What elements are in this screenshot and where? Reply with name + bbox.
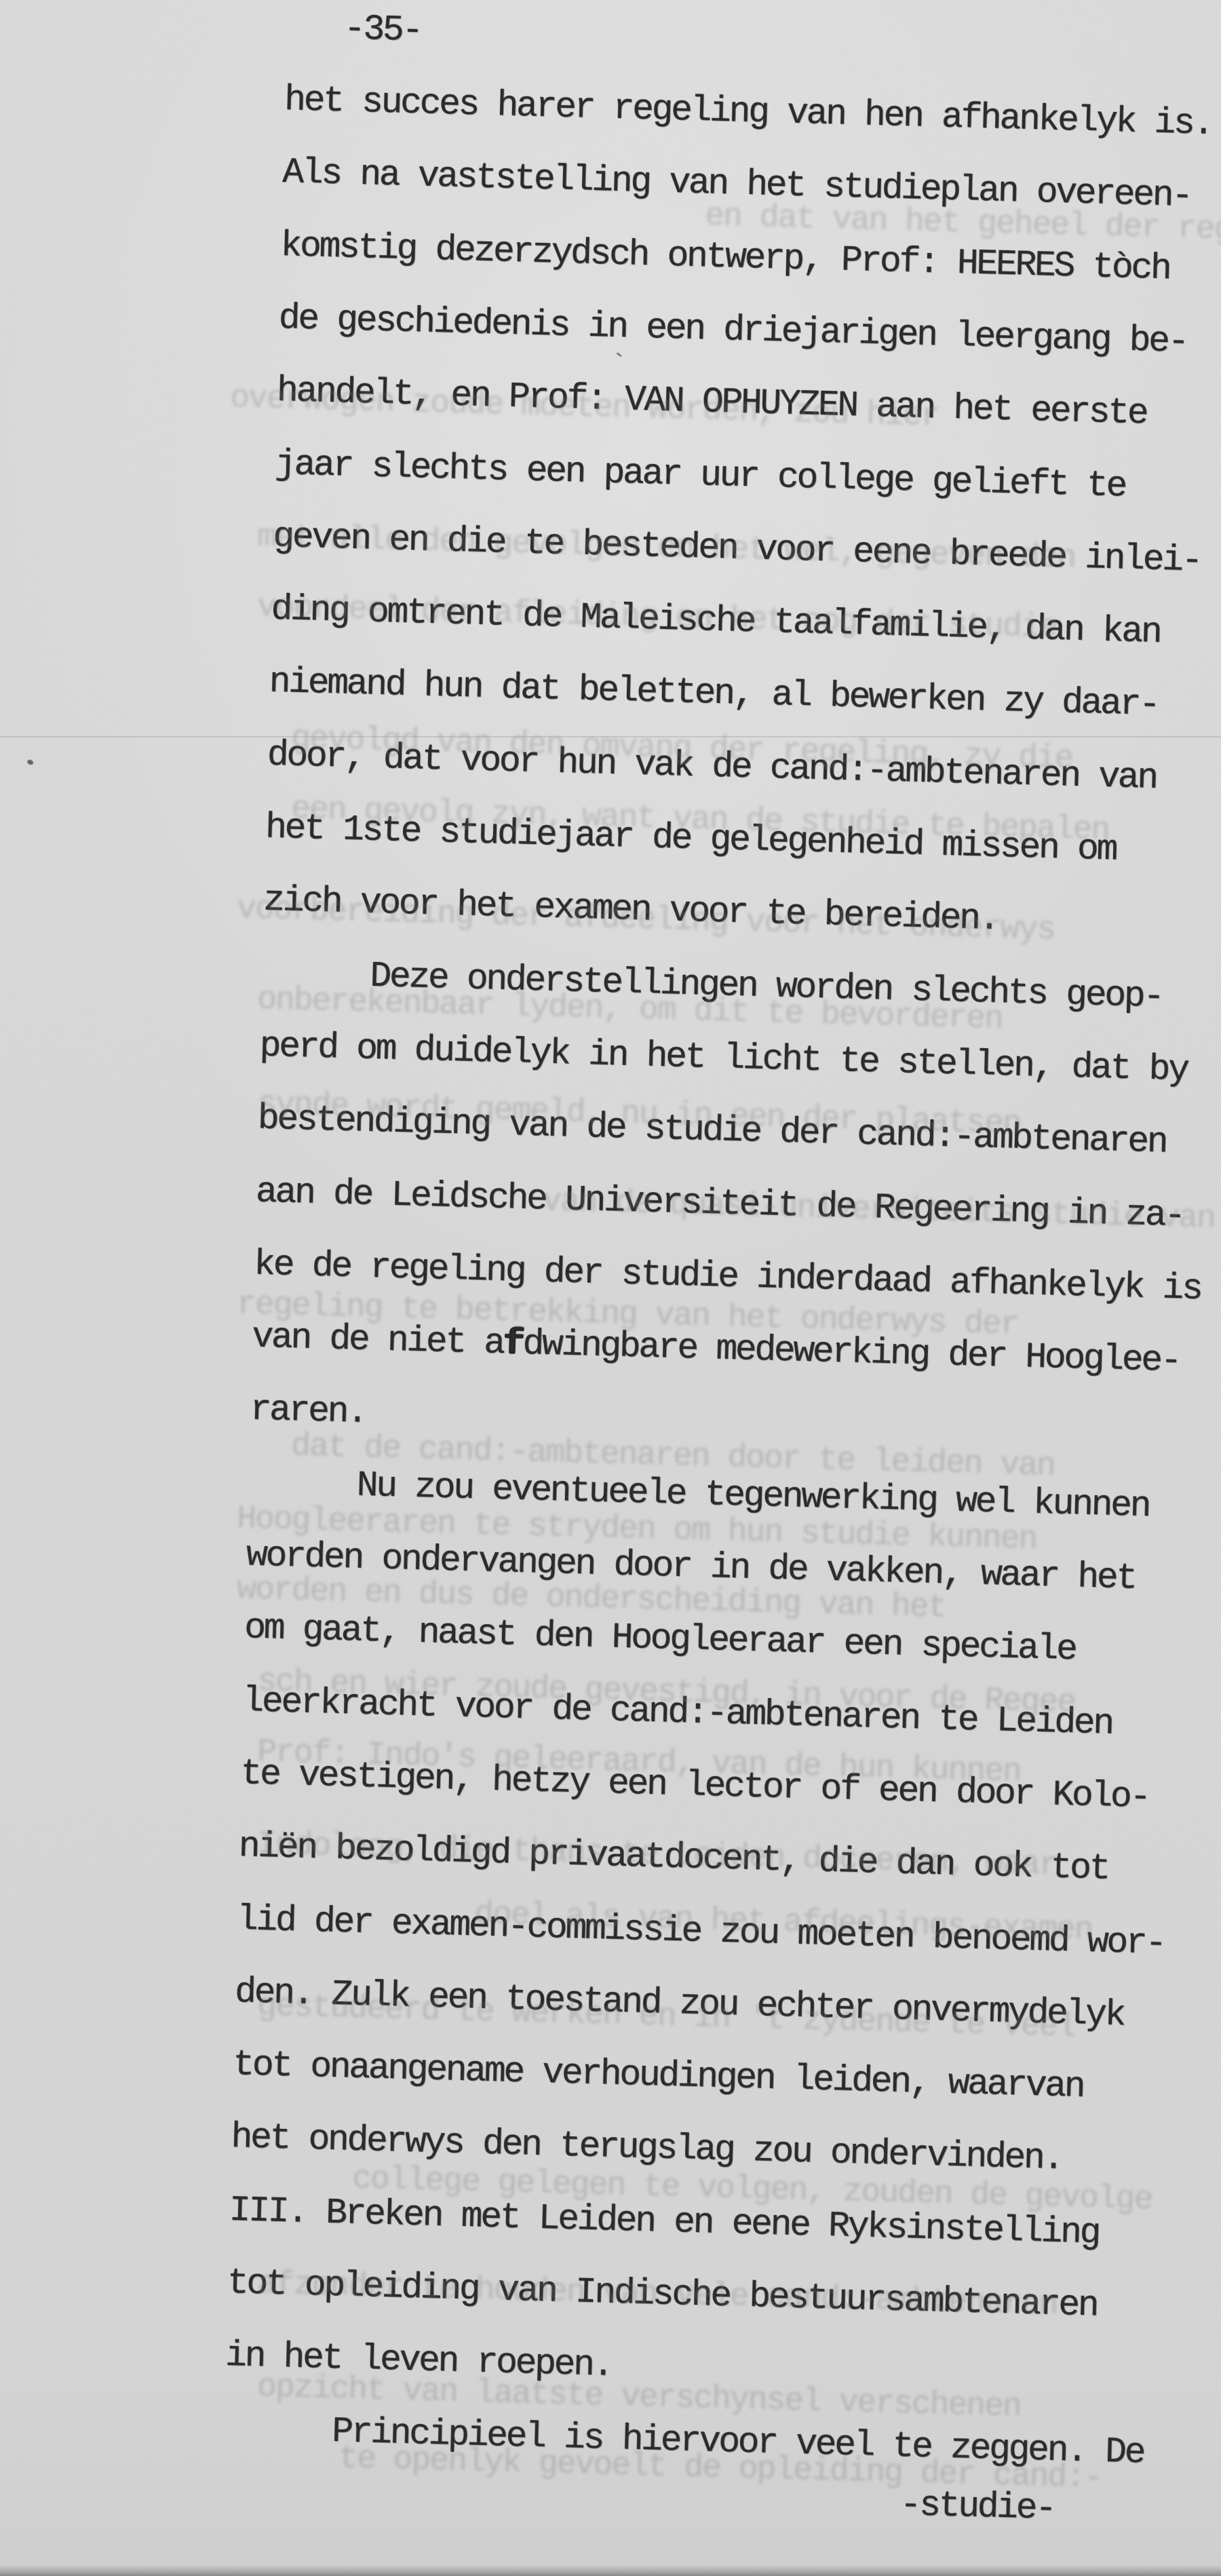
ink-speck (26, 758, 34, 766)
stray-apostrophe-mark: ` (610, 349, 627, 382)
typed-line: het succes harer regeling van hen afhank… (284, 79, 1212, 145)
typed-line: raren. (250, 1389, 367, 1433)
typed-line: tot onaangename verhoudingen leiden, waa… (233, 2044, 1084, 2107)
scan-artifact-line (0, 736, 1221, 737)
typed-line: de geschiedenis in een driejarigen leerg… (278, 298, 1188, 362)
scan-bottom-shadow (0, 2565, 1221, 2576)
typed-line: perd om duidelyk in het licht te stellen… (259, 1025, 1188, 1090)
scanned-document-page: -35- het succes harer regeling van hen a… (0, 0, 1221, 2576)
typed-line: niemand hun dat beletten, al bewerken zy… (269, 661, 1159, 725)
page-number: -35- (343, 8, 422, 51)
typed-line: jaar slechts een paar uur college gelief… (274, 443, 1125, 506)
